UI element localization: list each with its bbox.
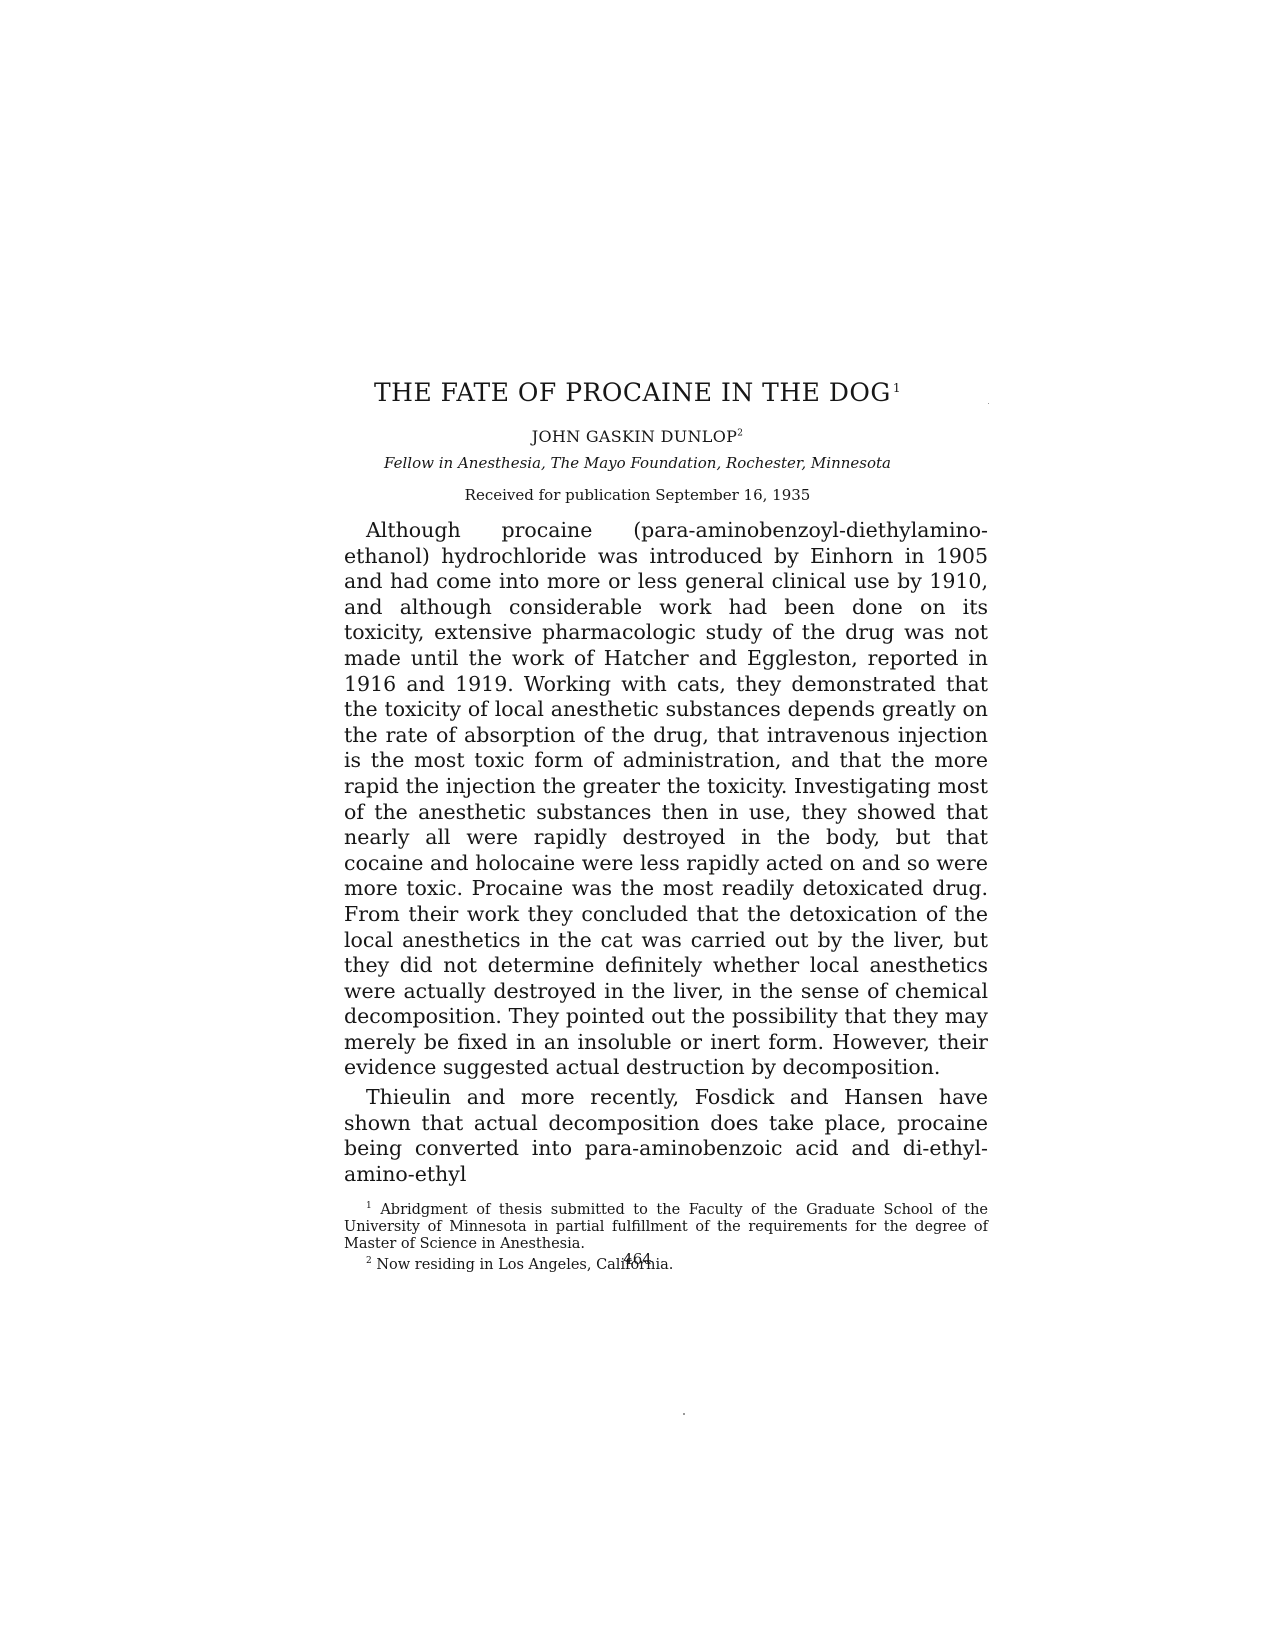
title-footnote-mark: 1	[893, 381, 901, 395]
footnote-1: 1 Abridgment of thesis submitted to the …	[344, 1198, 988, 1253]
scan-speck	[683, 1413, 685, 1415]
author-footnote-mark: 2	[737, 429, 743, 439]
footnote-text: Abridgment of thesis submitted to the Fa…	[344, 1202, 988, 1252]
footnote-mark: 1	[366, 1201, 372, 1211]
scan-speck	[988, 403, 989, 404]
author-name: JOHN GASKIN DUNLOP	[532, 427, 737, 446]
page-number: 464	[0, 1250, 1275, 1268]
author: JOHN GASKIN DUNLOP2	[0, 427, 1275, 446]
paragraph: Although procaine (para-aminobenzoyl-die…	[344, 518, 988, 1081]
received-date: Received for publication September 16, 1…	[0, 486, 1275, 504]
affiliation: Fellow in Anesthesia, The Mayo Foundatio…	[0, 454, 1275, 472]
paragraph: Thieulin and more recently, Fosdick and …	[344, 1085, 988, 1187]
paper-title: THE FATE OF PROCAINE IN THE DOG1	[0, 378, 1275, 407]
title-text: THE FATE OF PROCAINE IN THE DOG	[374, 378, 891, 407]
body-text: Although procaine (para-aminobenzoyl-die…	[344, 518, 988, 1187]
